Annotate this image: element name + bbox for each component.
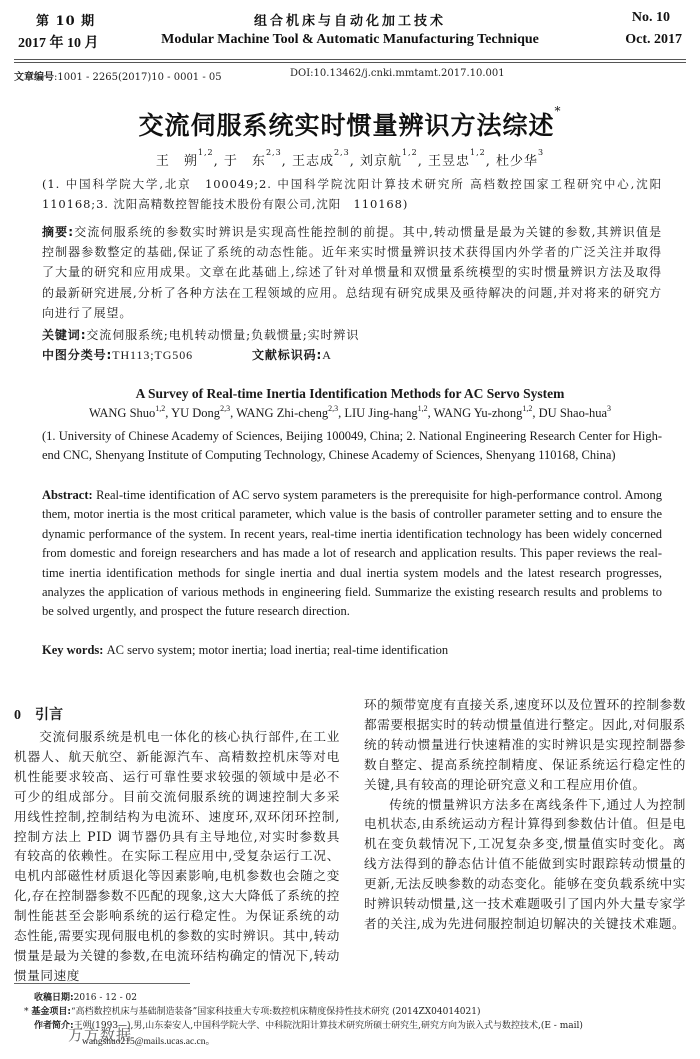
- author-cn: 于 东2,3: [224, 154, 282, 169]
- article-number: 文章编号:1001 - 2265(2017)10 - 0001 - 05: [14, 68, 222, 83]
- doi-value: 10.13462/j.cnki.mmtamt.2017.10.001: [314, 68, 505, 79]
- author-cn: 王 朔1,2: [156, 154, 214, 169]
- clc-number: 中图分类号:TH113;TG506: [42, 345, 193, 365]
- author-intro-text: 王朔(1993—),男,山东泰安人,中国科学院大学、中科院沈阳计算技术研究所硕士…: [74, 1021, 583, 1031]
- clc-label: 中图分类号: [42, 348, 107, 362]
- affiliations-en: (1. University of Chinese Academy of Sci…: [42, 427, 662, 466]
- footnote-received: 收稿日期:2016 - 12 - 02: [34, 992, 137, 1006]
- author-cn: 杜少华3: [496, 154, 544, 169]
- keywords-cn-label: 关键词: [42, 328, 81, 342]
- author-en: WANG Shuo1,2: [89, 406, 165, 420]
- abstract-en: Abstract: Real-time identification of AC…: [42, 486, 662, 622]
- footnote-author: 作者简介:王朔(1993—),男,山东泰安人,中国科学院大学、中科院沈阳计算技术…: [34, 1020, 694, 1034]
- keywords-en-text: AC servo system; motor inertia; load ine…: [107, 643, 449, 657]
- title-footnote-marker: *: [555, 104, 562, 118]
- author-en: DU Shao-hua3: [539, 406, 611, 420]
- doi-label: DOI: [290, 68, 310, 79]
- abstract-en-label: Abstract: [42, 488, 89, 502]
- authors-en: WANG Shuo1,2, YU Dong2,3, WANG Zhi-cheng…: [0, 406, 700, 421]
- footnote-fund: * 基金项目:“高档数控机床与基础制造装备”国家科技重大专项:数控机床精度保持性…: [24, 1006, 694, 1020]
- author-cn: 刘京航1,2: [360, 154, 418, 169]
- author-en: WANG Yu-zhong1,2: [434, 406, 533, 420]
- body-right-column: 环的频带宽度有直接关系,速度环以及位置环的控制参数都需要根据实时的转动惯量值进行…: [364, 695, 686, 934]
- issue-en: No. 10: [632, 10, 670, 26]
- doi: DOI:10.13462/j.cnki.mmtamt.2017.10.001: [290, 68, 505, 79]
- abstract-cn: 摘要:交流伺服系统的参数实时辨识是实现高性能控制的前提。其中,转动惯量是最为关键…: [42, 222, 662, 323]
- header-rule-bottom: [14, 62, 686, 63]
- fund-text: “高档数控机床与基础制造装备”国家科技重大专项:数控机床精度保持性技术研究 (2…: [71, 1007, 481, 1017]
- keywords-en-label: Key words: [42, 643, 99, 657]
- received-label: 收稿日期: [34, 993, 70, 1003]
- paragraph: 交流伺服系统是机电一体化的核心执行部件,在工业机器人、航天航空、新能源汽车、高精…: [14, 727, 340, 986]
- keywords-cn: 关键词:交流伺服系统;电机转动惯量;负载惯量;实时辨识: [42, 325, 662, 345]
- article-number-label: 文章编号: [14, 72, 54, 83]
- abstract-en-text: Real-time identification of AC servo sys…: [42, 488, 662, 618]
- document-code: 文献标识码:A: [252, 345, 332, 365]
- section-number: 0: [14, 708, 21, 723]
- author-cn: 王志成2,3: [292, 154, 350, 169]
- abstract-cn-label: 摘要: [42, 225, 68, 239]
- paper-title-cn: 交流伺服系统实时惯量辨识方法综述*: [0, 106, 700, 142]
- fund-label: 基金项目: [31, 1007, 67, 1017]
- journal-name-cn: 组合机床与自动化加工技术: [0, 10, 700, 29]
- clc-value: TH113;TG506: [112, 348, 193, 362]
- section-heading: 0引言: [14, 704, 63, 724]
- journal-name-en: Modular Machine Tool & Automatic Manufac…: [0, 32, 700, 48]
- date-en: Oct. 2017: [625, 32, 682, 48]
- author-en: YU Dong2,3: [171, 406, 230, 420]
- author-cn: 王昱忠1,2: [428, 154, 486, 169]
- header-rule-top: [14, 59, 686, 60]
- authors-cn: 王 朔1,2, 于 东2,3, 王志成2,3, 刘京航1,2, 王昱忠1,2, …: [0, 150, 700, 169]
- keywords-en: Key words: AC servo system; motor inerti…: [42, 641, 662, 660]
- article-number-value: 1001 - 2265(2017)10 - 0001 - 05: [57, 72, 221, 83]
- author-intro-label: 作者简介: [34, 1021, 70, 1031]
- keywords-cn-text: 交流伺服系统;电机转动惯量;负载惯量;实时辨识: [86, 328, 359, 342]
- received-date: 2016 - 12 - 02: [74, 993, 137, 1003]
- doc-code-value: A: [322, 348, 332, 362]
- body-left-column: 交流伺服系统是机电一体化的核心执行部件,在工业机器人、航天航空、新能源汽车、高精…: [14, 727, 340, 986]
- doc-code-label: 文献标识码: [252, 348, 317, 362]
- abstract-cn-text: 交流伺服系统的参数实时辨识是实现高性能控制的前提。其中,转动惯量是最为关键的参数…: [42, 225, 662, 320]
- footnote-rule: [14, 983, 190, 984]
- wanfang-watermark: 万方数据: [68, 1024, 132, 1045]
- author-en: WANG Zhi-cheng2,3: [236, 406, 338, 420]
- fund-marker: *: [24, 1007, 29, 1017]
- author-en: LIU Jing-hang1,2: [344, 406, 427, 420]
- section-title: 引言: [35, 707, 63, 723]
- paragraph: 环的频带宽度有直接关系,速度环以及位置环的控制参数都需要根据实时的转动惯量值进行…: [364, 695, 686, 795]
- affiliations-cn: (1. 中国科学院大学,北京 100049;2. 中国科学院沈阳计算技术研究所 …: [42, 174, 662, 214]
- paragraph: 传统的惯量辨识方法多在离线条件下,通过人为控制电机状态,由系统运动方程计算得到参…: [364, 795, 686, 934]
- paper-title-en: A Survey of Real-time Inertia Identifica…: [0, 386, 700, 402]
